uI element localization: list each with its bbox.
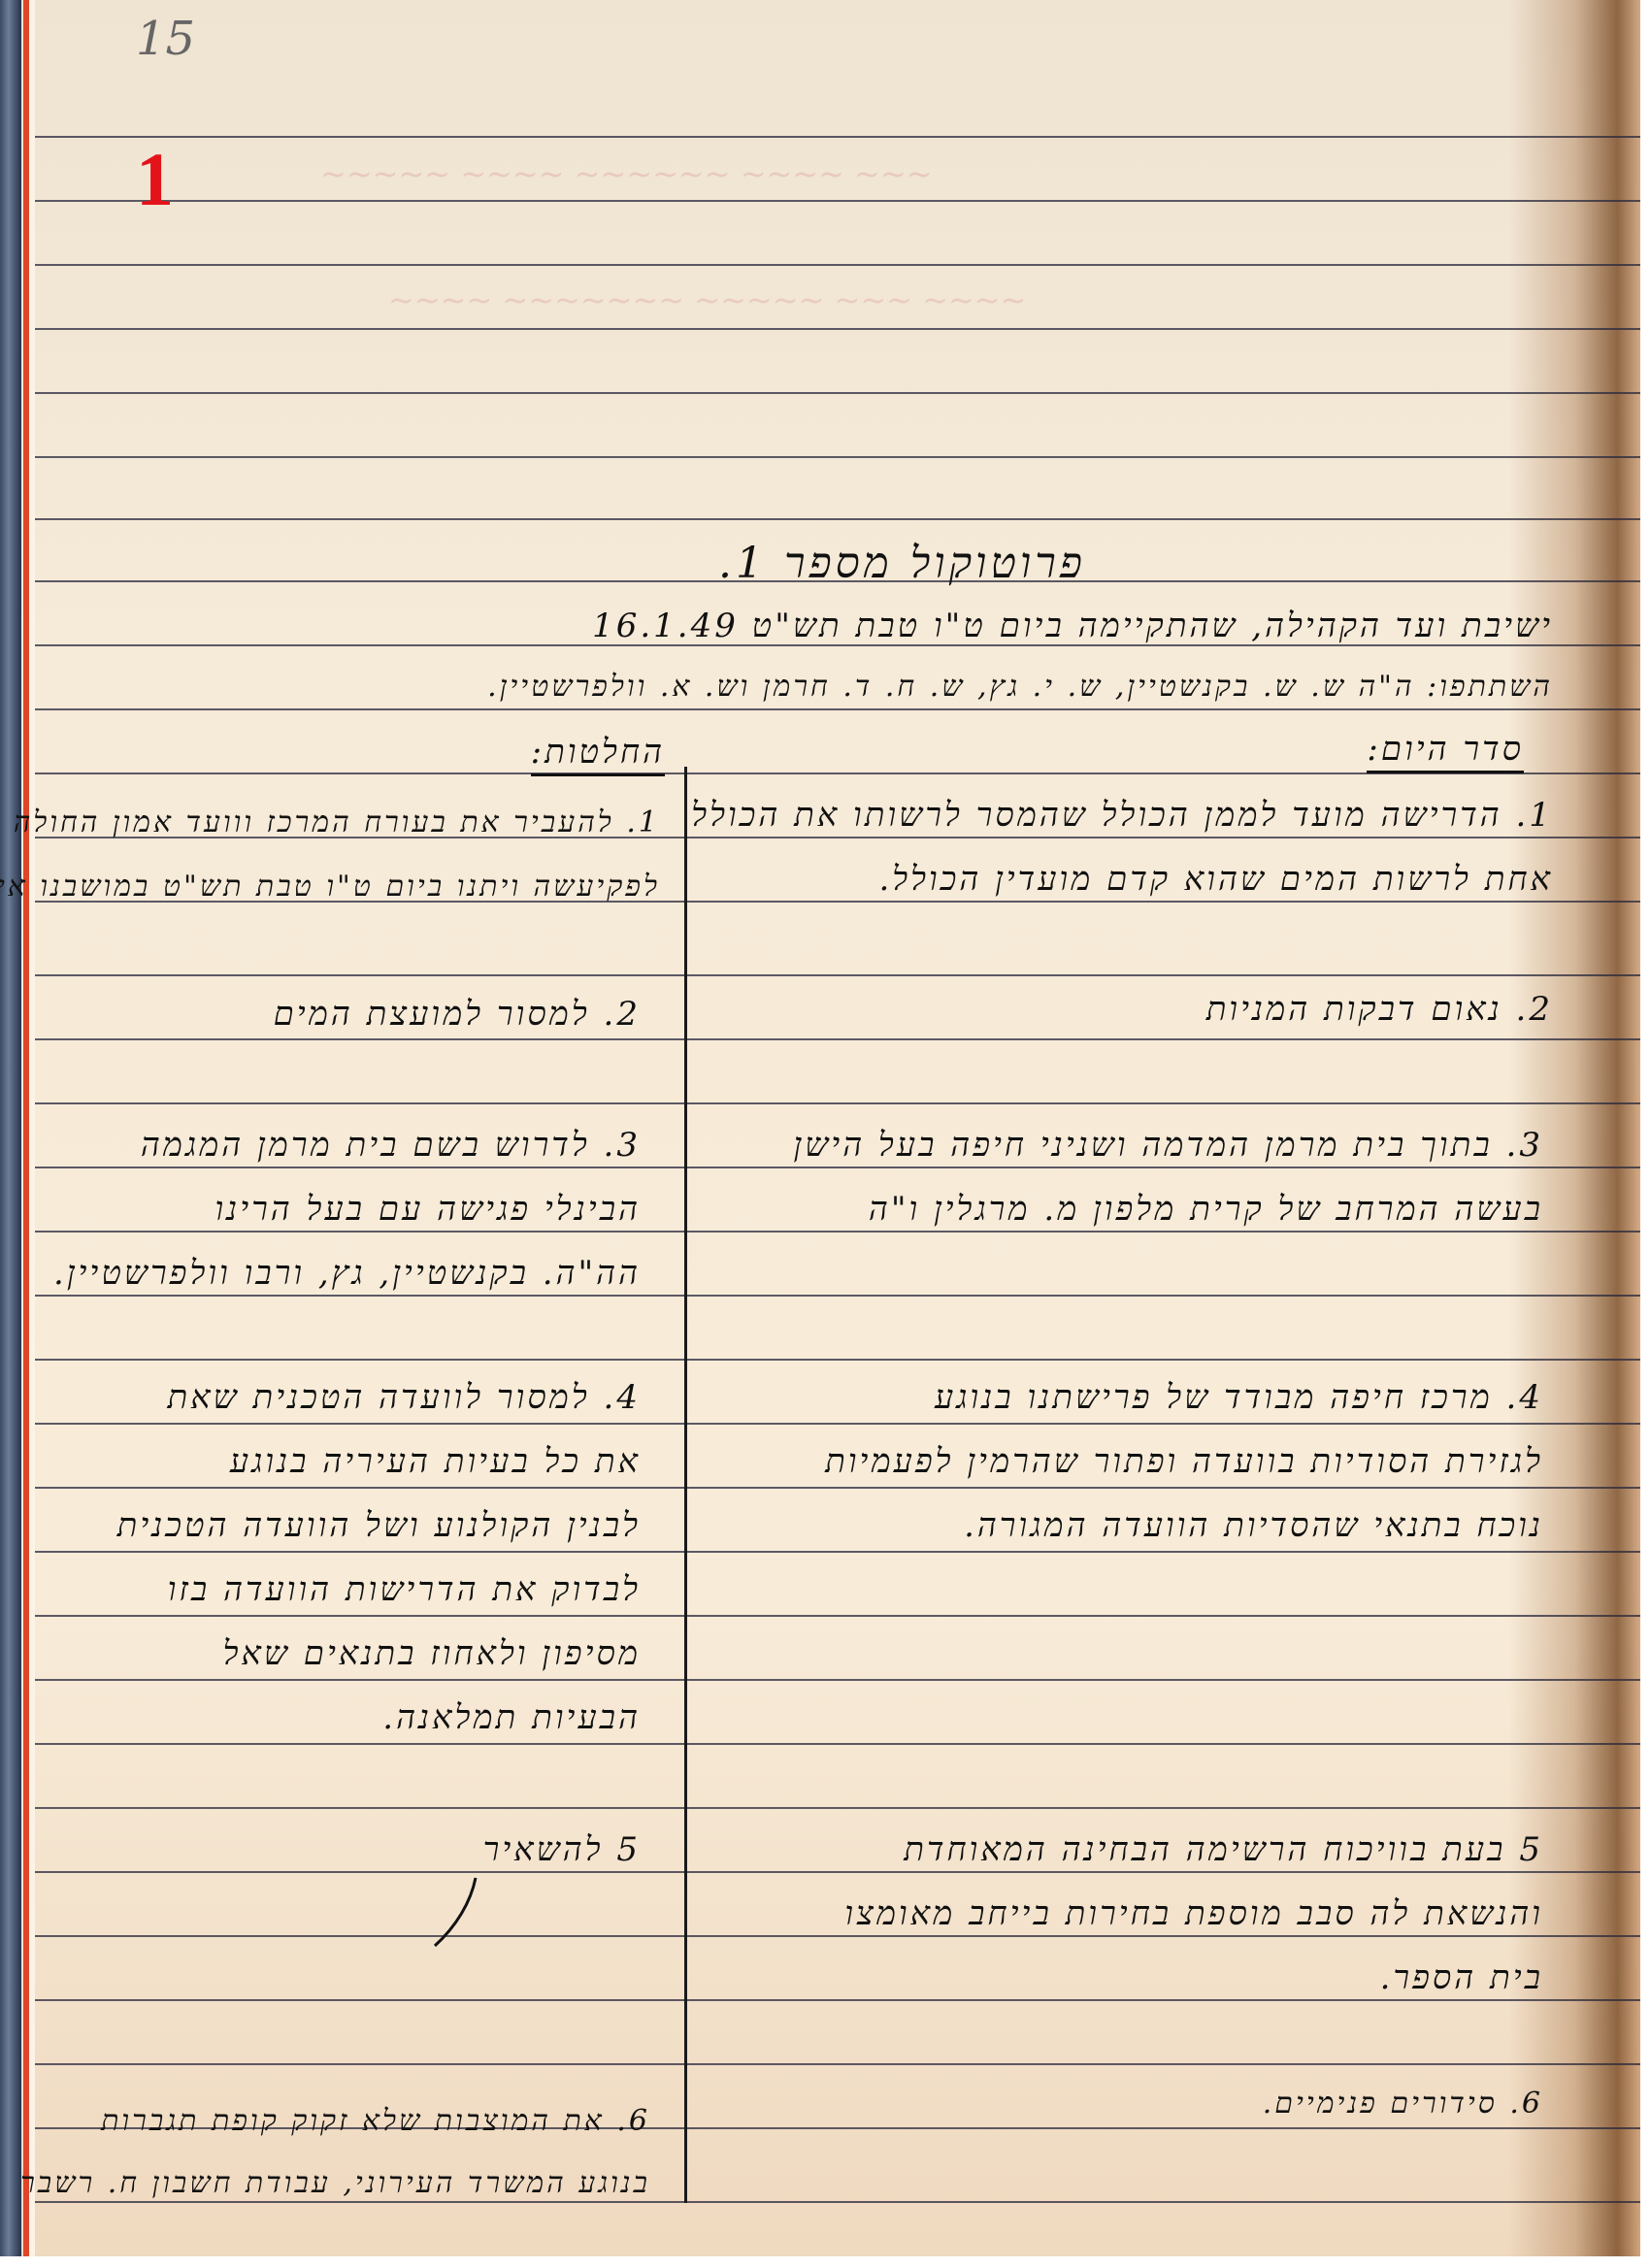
attendees-line: השתתפו: ה"ה ש. ש. בקנשטיין, ש. י. גץ, ש.… (487, 670, 1553, 704)
rule-line (35, 1743, 1640, 1745)
decision-item-line: 5 להשאיר (483, 1830, 641, 1869)
rule-line (35, 1999, 1640, 2001)
rule-line (35, 2063, 1640, 2065)
decision-item-line: הבינלי פגישה עם בעל הרינו (214, 1190, 641, 1229)
rule-line (35, 1679, 1640, 1681)
agenda-heading: סדר היום: (1367, 730, 1524, 769)
rule-line (35, 392, 1640, 394)
margin-line-white (29, 0, 35, 2256)
folio-number: 15 (136, 12, 195, 66)
rule-line (35, 1807, 1640, 1809)
bleed-through-text: ~~~ ~~~~ ~~~~~~ ~~~~ ~~~~~ (320, 155, 933, 192)
decision-item-line: לבדוק את הדרישות הוועדה בזו (168, 1570, 641, 1609)
agenda-item-line: והנשאת לה סבב מוספת בחירות בייחב מאומצו (844, 1894, 1543, 1933)
rule-line (35, 2201, 1640, 2203)
rule-line (35, 1167, 1640, 1168)
rule-line (35, 974, 1640, 976)
rule-line (35, 1231, 1640, 1233)
decision-item-line: 1. להעביר את בעורח המרכז ווועד אמון החול… (14, 805, 660, 839)
decision-item-line: 3. לדרוש בשם בית מרמן המגמה (141, 1126, 641, 1165)
agenda-item-line: אחת לרשות המים שהוא קדם מועדין הכולל. (878, 860, 1553, 899)
agenda-item-line: בעשה המרחב של קרית מלפון מ. מרגלין ו"ה (869, 1190, 1543, 1229)
decisions-heading: החלטות: (531, 733, 665, 772)
decision-item-line: מסיפון ולאחוז בתנאים שאל (223, 1634, 641, 1673)
rule-line (35, 1295, 1640, 1297)
rule-line (35, 1615, 1640, 1617)
agenda-item-line: 3. בתוך בית מרמן המדמה ושניני חיפה בעל ה… (794, 1126, 1543, 1165)
agenda-item-line: 2. נאום דבקות המניות (1206, 990, 1553, 1029)
agenda-item-line: 1. הדרישה מועד לממן הכולל שהמסר לרשותו א… (691, 796, 1553, 835)
agenda-item-line: 6. סידורים פנימיים. (1263, 2087, 1543, 2120)
rule-line (35, 1359, 1640, 1361)
decision-item-line: 4. למסור לוועדה הטכנית שאת (168, 1378, 642, 1417)
rule-line (35, 1935, 1640, 1937)
rule-line (35, 1038, 1640, 1040)
rule-line (35, 1551, 1640, 1553)
agenda-item-line: לגזירת הסודיות בוועדה ופתור שהרמין לפעמי… (825, 1442, 1543, 1481)
decision-item-line: 6. את המוצבות שלא זקוק קופת תגברות (101, 2104, 650, 2138)
protocol-title: פרוטוקול מספר 1. (718, 539, 1086, 588)
decision-item-line: הבעיות תמלאנה. (382, 1698, 641, 1737)
meeting-line: ישיבת ועד הקהילה, שהתקיימה ביום ט"ו טבת … (592, 607, 1553, 645)
agenda-item-line: נוכח בתנאי שהסדיות הוועדה המגורה. (964, 1506, 1543, 1545)
rule-line (35, 708, 1640, 710)
column-divider (684, 767, 687, 2203)
page-number-red: 1 (136, 136, 174, 223)
rule-line (35, 136, 1640, 138)
decision-item-line: לבנין הקולנוע ושל הוועדה הטכנית (117, 1506, 641, 1545)
rule-line (35, 1102, 1640, 1104)
rule-line (35, 328, 1640, 330)
agenda-item-line: בית הספר. (1380, 1958, 1543, 1997)
rule-line (35, 456, 1640, 458)
decision-item-line: בנוגע המשרד העירוני, עבודת חשבון ח. רשבר (20, 2166, 650, 2200)
decision-item-line: הה"ה. בקנשטיין, גץ, ורבו וולפרשטיין. (53, 1254, 641, 1293)
decision-item-line: 2. למסור למועצת המים (274, 995, 641, 1034)
rule-line (35, 1871, 1640, 1873)
agenda-item-line: 4. מרכז חיפה מבודד של פרישתנו בנוגע (935, 1378, 1543, 1417)
rule-line (35, 264, 1640, 266)
decision-item-line: לפקיעשה ויתנו ביום ט"ו טבת תש"ט במושבנו … (0, 870, 660, 904)
rule-line (35, 1423, 1640, 1425)
ledger-page: ~~~ ~~~~ ~~~~~~ ~~~~ ~~~~~ ~~~~ ~~~ ~~~~… (0, 0, 1640, 2256)
rule-line (35, 200, 1640, 202)
decision-item-line: את כל בעיות העיריה בנוגע (230, 1442, 641, 1481)
bleed-through-text: ~~~~ ~~~ ~~~~~ ~~~~~~~ ~~~~ (388, 281, 1026, 318)
rule-line (35, 518, 1640, 520)
rule-line (35, 1487, 1640, 1489)
agenda-item-line: 5 בעת בוויכוח הרשימה הבחינה המאוחדת (904, 1830, 1543, 1869)
hand-drawn-stroke (427, 1873, 485, 1951)
book-binding (0, 0, 21, 2256)
